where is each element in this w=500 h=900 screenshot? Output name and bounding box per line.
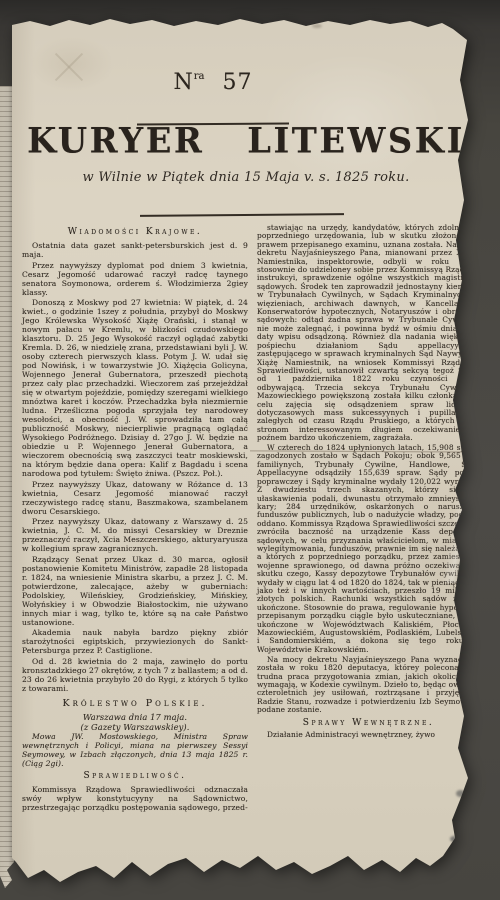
article-paragraph: Przez naywyższy Ukaz, datowany z Warszaw… [22, 517, 248, 553]
masthead-dateline: w Wilnie w Piątek dnia 15 Maja v. s. 182… [12, 170, 480, 185]
section-heading-wiadomosci: Wiadomości Krajowe. [22, 228, 248, 237]
article-paragraph: Przez naywyższy Ukaz, datowany w Różance… [22, 480, 248, 516]
divider-rule-bottom [140, 213, 344, 216]
issue-number: Nra57 [0, 70, 447, 95]
article-paragraph: Na mocy dekretu Nayjaśnieyszego Pana wyz… [257, 656, 480, 715]
issue-value: 57 [223, 70, 253, 95]
paper-shadow: Nra57 KURYER LITEWSKI w Wilnie w Piątek … [0, 0, 500, 900]
left-column: Wiadomości Krajowe. Ostatnia data gazet … [22, 224, 248, 813]
article-paragraph: Donoszą z Moskwy pod 27 kwietnia: W piąt… [22, 298, 248, 478]
scan-background: Nra57 KURYER LITEWSKI w Wilnie w Piątek … [0, 0, 500, 900]
article-paragraph: Od d. 28 kwietnia do 2 maja, zawinęło do… [22, 657, 248, 693]
ink-smudge [462, 815, 468, 820]
article-columns: Wiadomości Krajowe. Ostatnia data gazet … [22, 224, 480, 900]
article-paragraph: Ostatnia data gazet sankt-petersburskich… [22, 241, 248, 259]
section-heading-sprawiedliwosc: Sprawiedliwość. [22, 772, 248, 781]
issue-superscript: ra [194, 71, 205, 82]
paper-fold [438, 468, 480, 583]
issue-prefix: N [174, 70, 194, 95]
kingdom-source: (z Gazety Warszawskiey). [22, 722, 248, 732]
newspaper-title: KURYER LITEWSKI [7, 120, 484, 161]
masthead: Nra57 KURYER LITEWSKI w Wilnie w Piątek … [12, 0, 480, 185]
section-heading-krolestwo: Królestwo Polskie. [22, 699, 248, 708]
article-paragraph: Kommissya Rządowa Sprawiedliwości odznac… [22, 785, 248, 812]
kingdom-dateline: Warszawa dnia 17 maja. [22, 712, 248, 722]
article-paragraph: Działanie Administracyi wewnętrzney, żyw… [257, 731, 480, 739]
article-paragraph: Przez naywyższy dyplomat pod dniem 3 kwi… [22, 261, 248, 297]
article-paragraph: Rządzący Senat przez Ukaz d. 30 marca, o… [22, 555, 248, 627]
article-paragraph: Akademia nauk nabyła bardzo piękny zbiór… [22, 628, 248, 655]
speech-intro: Mowa JW. Mostowskiego, Ministra Spraw we… [22, 732, 248, 768]
article-paragraph: stawiając na urzędy, kandydatów, których… [257, 224, 480, 443]
newspaper-page: Nra57 KURYER LITEWSKI w Wilnie w Piątek … [12, 0, 480, 900]
section-heading-sprawy-wewnetrzne: Sprawy Wewnętrzne. [257, 719, 480, 727]
